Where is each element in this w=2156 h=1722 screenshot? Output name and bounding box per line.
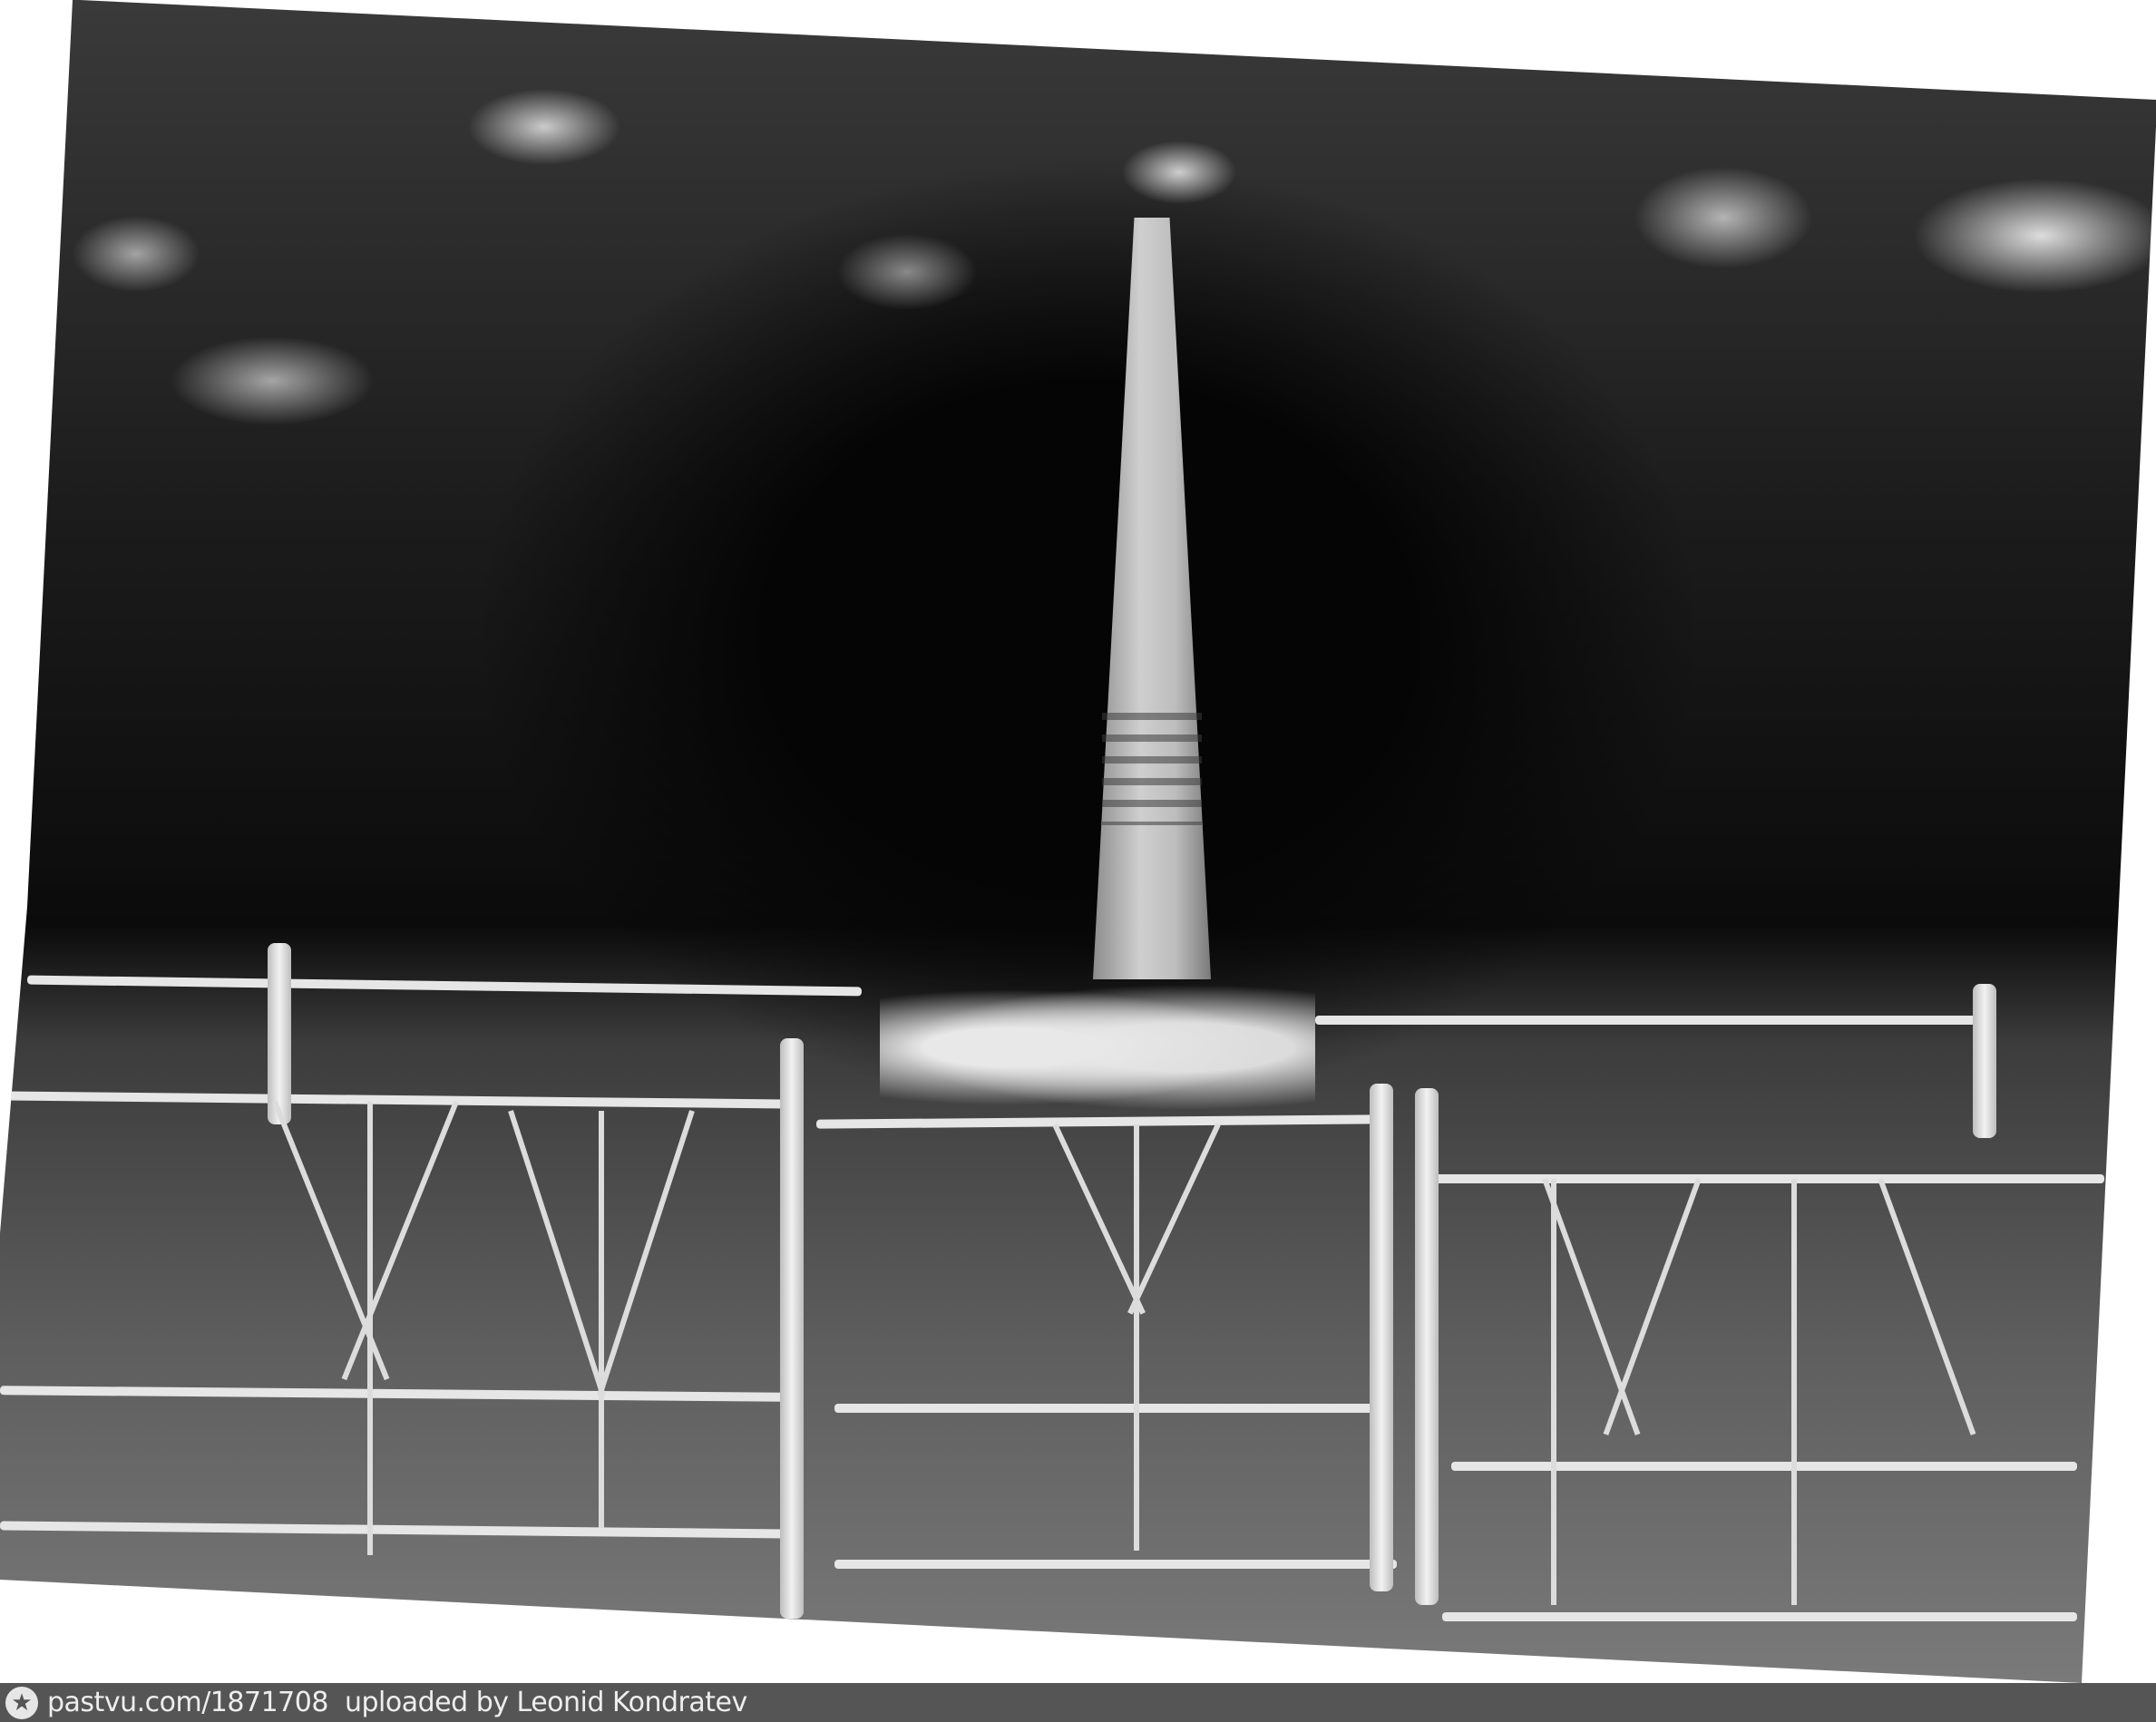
- source-link[interactable]: pastvu.com/1871708: [47, 1687, 328, 1718]
- spacer: [328, 1687, 345, 1718]
- archival-photo: [0, 0, 2156, 1683]
- star-in-circle-icon: ★: [5, 1687, 38, 1719]
- source-footer: ★ pastvu.com/1871708 uploaded by Leonid …: [0, 1683, 2156, 1722]
- metal-fence: [0, 0, 2156, 1683]
- uploader-credit: uploaded by Leonid Kondratev: [345, 1687, 747, 1718]
